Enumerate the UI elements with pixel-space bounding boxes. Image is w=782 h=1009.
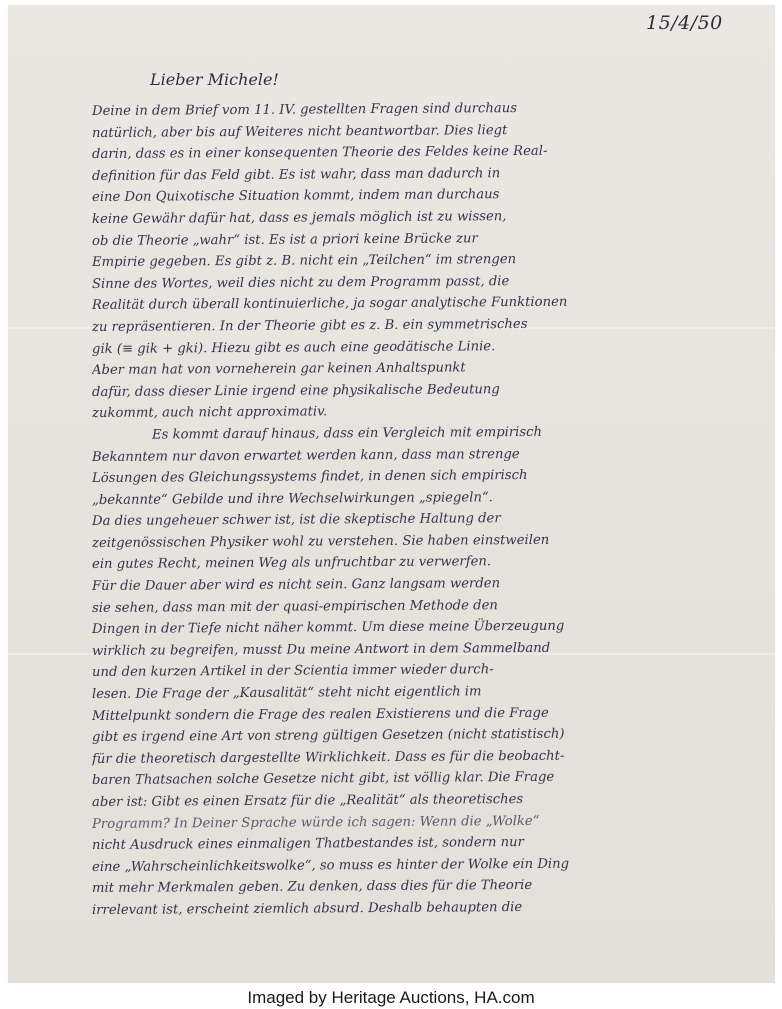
letter-date: 15/4/50 xyxy=(646,12,723,34)
letter-line: irrelevant ist, erscheint ziemlich absur… xyxy=(92,896,712,922)
letter-salutation: Lieber Michele! xyxy=(150,70,279,89)
letter-page: 15/4/50 Lieber Michele! Deine in dem Bri… xyxy=(0,0,782,1009)
image-credit-caption: Imaged by Heritage Auctions, HA.com xyxy=(0,988,782,1008)
letter-body: Deine in dem Brief vom 11. IV. gestellte… xyxy=(92,101,712,922)
